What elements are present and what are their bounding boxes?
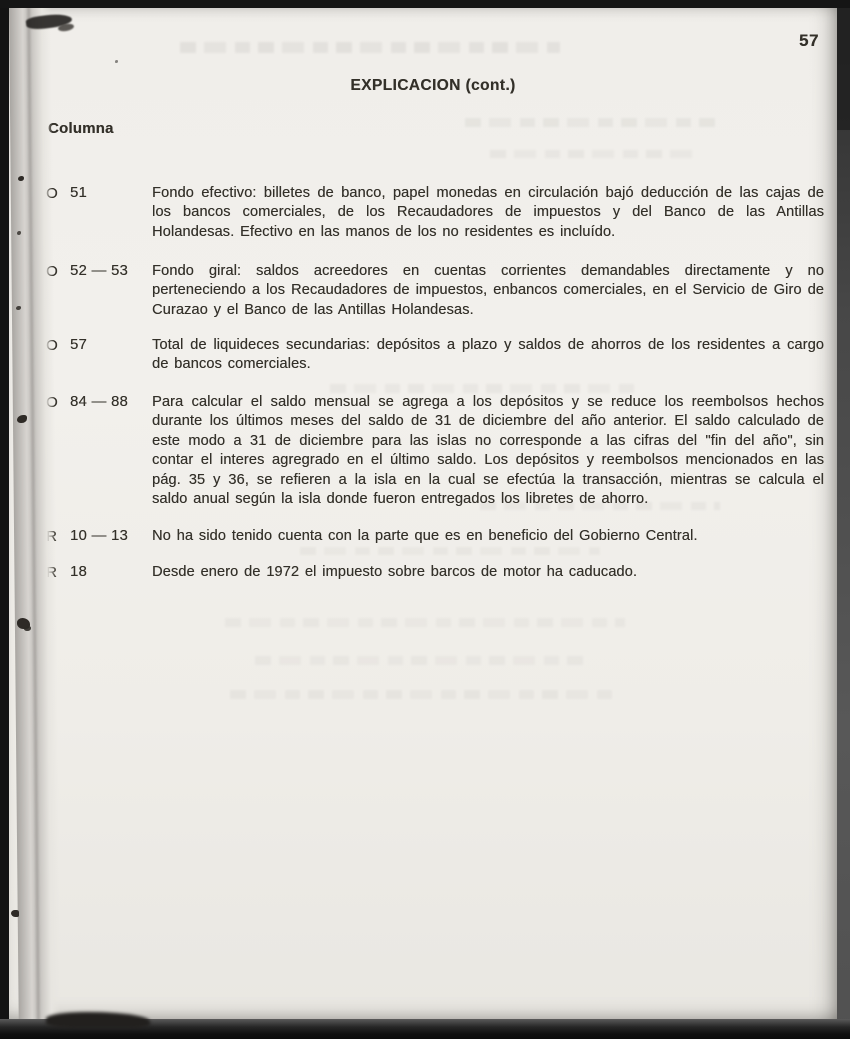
page-title: EXPLICACION (cont.) [0,77,850,95]
entry-columns: 18 [70,563,150,582]
entry-text: Fondo efectivo: billetes de banco, papel… [152,184,824,242]
entry-text: Para calcular el saldo mensual se agrega… [152,393,824,509]
explanation-entry: O 84 — 88 Para calcular el saldo mensual… [46,393,824,509]
entry-columns: 84 — 88 [70,393,150,412]
bleedthrough-smudge [230,690,620,699]
explanation-entry: R 18 Desde enero de 1972 el impuesto sob… [46,563,824,582]
bleedthrough-smudge [330,384,640,393]
entry-columns: 51 [70,184,150,203]
scanner-background-right [835,0,850,1039]
entry-columns: 10 — 13 [70,527,150,546]
explanation-entry: O 51 Fondo efectivo: billetes de banco, … [46,184,824,242]
bleedthrough-smudge [225,618,625,627]
paper-page [8,7,837,1021]
explanation-entry: O 57 Total de liquideces secundarias: de… [46,336,824,375]
bleedthrough-smudge [490,150,700,158]
entry-text: Fondo giral: saldos acreedores en cuenta… [152,262,824,320]
entry-text: No ha sido tenido cuenta con la parte qu… [152,527,824,546]
binding-gutter [0,0,9,1039]
bleedthrough-smudge [180,42,560,53]
entry-text: Desde enero de 1972 el impuesto sobre ba… [152,563,824,582]
scanner-background-corner [835,0,850,130]
bleedthrough-smudge [255,656,585,665]
explanation-entry: R 10 — 13 No ha sido tenido cuenta con l… [46,527,824,546]
scan-edge-top [0,0,850,8]
page-number: 57 [799,31,819,51]
entry-text: Total de liquideces secundarias: depósit… [152,336,824,375]
document-scan: 57 EXPLICACION (cont.) Columna O 51 Fond… [0,0,850,1039]
column-header: Columna [48,120,114,137]
entry-columns: 57 [70,336,150,355]
explanation-entry: O 52 — 53 Fondo giral: saldos acreedores… [46,262,824,320]
ink-speck [11,910,19,917]
bleedthrough-smudge [465,118,715,127]
entry-columns: 52 — 53 [70,262,150,281]
bleedthrough-smudge [300,547,600,555]
scan-artifact [46,1012,150,1028]
